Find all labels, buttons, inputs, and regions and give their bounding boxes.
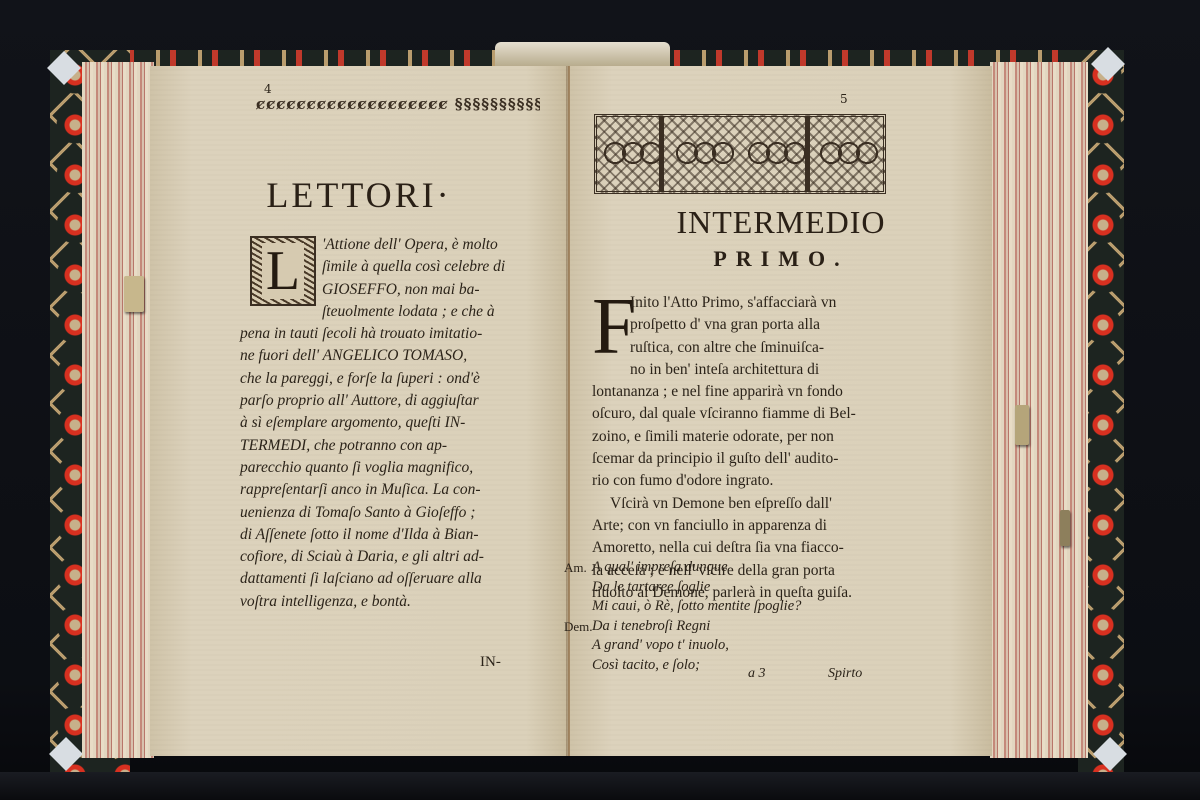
verse-line: Am.A qual' impreſa dunque: [564, 558, 884, 578]
text-line: Inito l'Atto Primo, s'affacciarà vn: [592, 292, 892, 314]
text-line: rio con fumo d'odore ingrato.: [592, 470, 892, 492]
page-title: LETTORI·: [150, 174, 568, 216]
headpiece-divider: [805, 117, 810, 191]
left-page: 4 ȼȼȼȼȼȼȼȼȼȼȼȼȼȼȼȼȼȼȼ §§§§§§§§§§§§§§§§§§…: [150, 66, 570, 756]
shelf-surface: [0, 772, 1200, 800]
text-line: cofiore, di Sciaù à Daria, e gli altri a…: [240, 546, 540, 568]
text-line: ruſtica, con altre che ſminuiſca-: [592, 337, 892, 359]
text-line: che la pareggi, e forſe la ſuperi : ond'…: [240, 368, 540, 390]
speaker-label: Dem.: [564, 617, 592, 637]
text-line: pena in tauti ſecoli hà trouato imitatio…: [240, 323, 540, 345]
ornamental-headpiece: [594, 114, 886, 194]
page-number: 5: [840, 92, 848, 106]
text-line: Arte; con vn fanciullo in apparenza di: [592, 515, 892, 537]
page-subtitle: PRIMO.: [570, 246, 992, 272]
text-line: parecchio quanto ſi voglia magnifico,: [240, 457, 540, 479]
bookmark-tab: [1015, 405, 1029, 445]
text-line: à sì eſemplare argomento, queſti IN-: [240, 412, 540, 434]
verse-line: Dem.Da i tenebroſi Regni: [564, 617, 884, 637]
text-line: ne fuori dell' ANGELICO TOMASO,: [240, 345, 540, 367]
page-title: INTERMEDIO: [570, 204, 992, 241]
right-page: 5 INTERMEDIO PRIMO. F Inito l'Atto Primo…: [570, 66, 992, 756]
headpiece-divider: [659, 117, 664, 191]
speaker-label: Am.: [564, 558, 592, 578]
ornamental-headpiece: ȼȼȼȼȼȼȼȼȼȼȼȼȼȼȼȼȼȼȼ §§§§§§§§§§§§§§§§§§§§…: [256, 98, 540, 152]
bookmark-tab: [124, 276, 144, 312]
verse-line: Mi caui, ò Rè, ſotto mentite ſpoglie?: [564, 597, 884, 617]
text-line: proſpetto d' vna gran porta alla: [592, 314, 892, 336]
text-line: 'Attione dell' Opera, è molto: [240, 234, 540, 256]
page-edges-right: [990, 62, 1088, 758]
text-line: ſimile à quella così celebre di: [240, 256, 540, 278]
text-line: TERMEDI, che potranno con ap-: [240, 435, 540, 457]
verse-line: Da le tartaree ſoglie: [564, 578, 884, 598]
bookmark-tab: [1060, 510, 1070, 546]
text-line: dattamenti ſi laſciano ad oſſeruare alla: [240, 568, 540, 590]
text-line: Vſcirà vn Demone ben eſpreſſo dall': [592, 493, 892, 515]
catchword: IN-: [480, 654, 501, 671]
text-line: uenienza di Tomaſo Santo à Gioſeffo ;: [240, 502, 540, 524]
text-line: GIOSEFFO, non mai ba-: [240, 279, 540, 301]
signature-mark: a 3: [748, 666, 766, 682]
text-line: oſcuro, dal quale vſciranno fiamme di Be…: [592, 403, 892, 425]
text-line: no in ben' inteſa architettura di: [592, 359, 892, 381]
text-line: ſcemar da principio il guſto dell' audit…: [592, 448, 892, 470]
text-line: di Aſſenete ſotto il nome d'Ilda à Bian-: [240, 524, 540, 546]
catchword: Spirto: [828, 666, 862, 682]
body-text: 'Attione dell' Opera, è molto ſimile à q…: [240, 234, 540, 613]
page-edges-left: [82, 62, 154, 758]
headband: [495, 42, 670, 68]
text-line: voſtra intelligenza, e bontà.: [240, 591, 540, 613]
text-line: zoino, e ſimili materie odorate, per non: [592, 426, 892, 448]
text-line: rappreſentarſi anco in Muſica. La con-: [240, 479, 540, 501]
dialogue-verse: Am.A qual' impreſa dunque Da le tartaree…: [564, 558, 884, 675]
text-line: parſo proprio all' Auttore, di aggiuſtar: [240, 390, 540, 412]
verse-line: A grand' vopo t' inuolo,: [564, 636, 884, 656]
text-line: Amoretto, nella cui deſtra ſia vna fiacc…: [592, 537, 892, 559]
text-line: ſteuolmente lodata ; e che à: [240, 301, 540, 323]
page-number: 4: [264, 82, 272, 96]
text-line: lontananza ; e nel fine apparirà vn fond…: [592, 381, 892, 403]
